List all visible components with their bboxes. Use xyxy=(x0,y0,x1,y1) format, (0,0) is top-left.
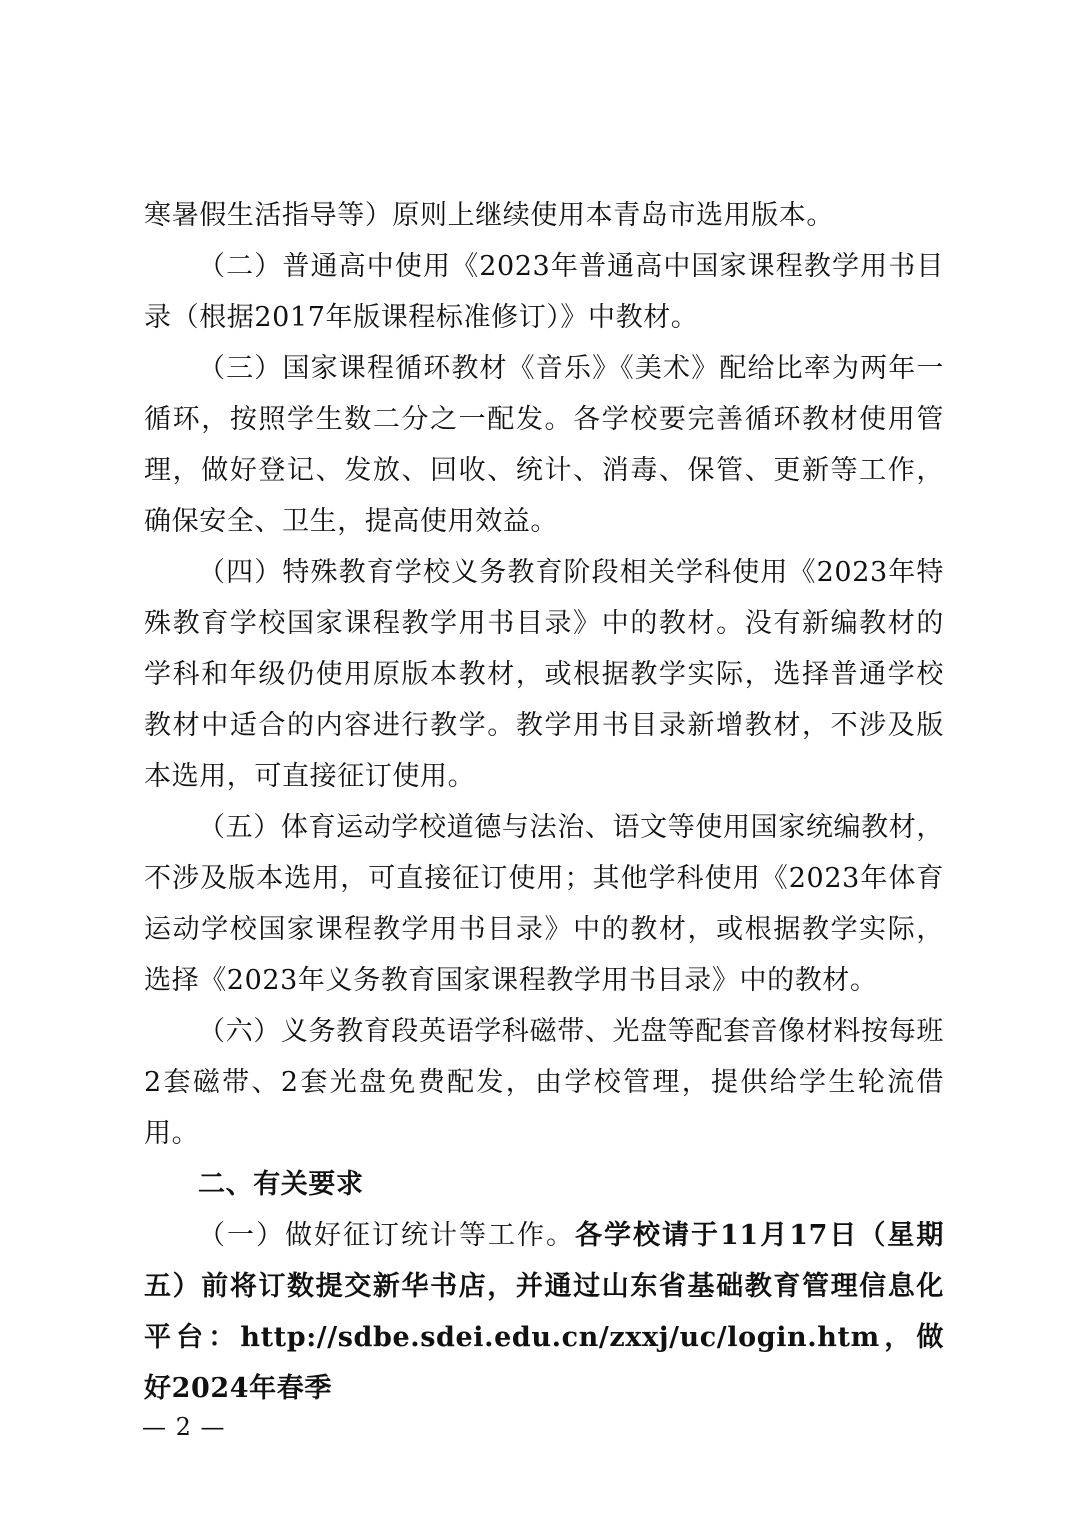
page-number: — 2 — xyxy=(142,1413,226,1441)
document-body: 寒暑假生活指导等）原则上继续使用本青岛市选用版本。 （二）普通高中使用《2023… xyxy=(144,190,944,1414)
paragraph-continuation: 寒暑假生活指导等）原则上继续使用本青岛市选用版本。 xyxy=(144,190,944,241)
paragraph-3: （三）国家课程循环教材《音乐》《美术》配给比率为两年一循环，按照学生数二分之一配… xyxy=(144,343,944,547)
paragraph-4: （四）特殊教育学校义务教育阶段相关学科使用《2023年特殊教育学校国家课程教学用… xyxy=(144,547,944,802)
document-page: 寒暑假生活指导等）原则上继续使用本青岛市选用版本。 （二）普通高中使用《2023… xyxy=(0,0,1074,1520)
paragraph-2: （二）普通高中使用《2023年普通高中国家课程教学用书目录（根据2017年版课程… xyxy=(144,241,944,343)
paragraph-6: （六）义务教育段英语学科磁带、光盘等配套音像材料按每班2套磁带、2套光盘免费配发… xyxy=(144,1006,944,1159)
section-heading: 二、有关要求 xyxy=(144,1159,944,1210)
paragraph-5: （五）体育运动学校道德与法治、语文等使用国家统编教材，不涉及版本选用，可直接征订… xyxy=(144,802,944,1006)
paragraph-requirement-1: （一）做好征订统计等工作。各学校请于11月17日（星期五）前将订数提交新华书店，… xyxy=(144,1210,944,1414)
requirement-lead: （一）做好征订统计等工作。 xyxy=(198,1220,575,1251)
